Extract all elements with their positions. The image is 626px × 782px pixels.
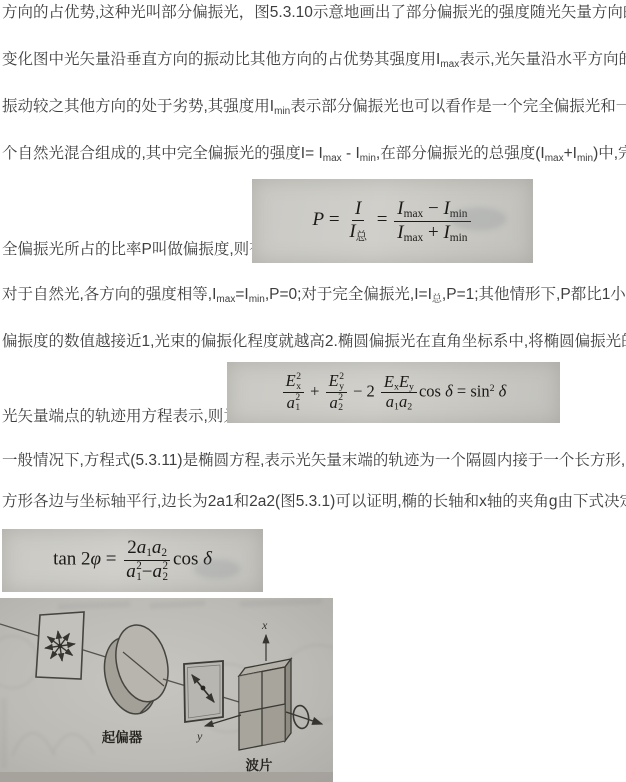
- paragraph-line: 变化图中光矢量沿垂直方向的振动比其他方向的占优势其强度用Imax表示,光矢量沿水…: [2, 50, 626, 70]
- figure-photo: x y 起偏器 波片: [0, 598, 333, 782]
- paragraph-line: 一般情况下,方程式(5.3.11)是椭圆方程,表示光矢量末端的轨迹为一个隔圆内接…: [2, 451, 626, 470]
- scan-ghost-mark: [449, 207, 507, 231]
- equation-formula: E2xa21 + E2ya22 − 2 ExEya1a2cos δ = sin2…: [281, 372, 507, 413]
- paragraph-line: 振动较之其他方向的处于劣势,其强度用Imin表示部分偏振光也可以看作是一个完全偏…: [2, 97, 626, 117]
- figure-optical-setup: x y 起偏器 波片: [0, 598, 333, 782]
- photo-bottom-band: [0, 772, 333, 782]
- paragraph-line: 光矢量端点的轨迹用方程表示,则为: [2, 407, 239, 426]
- equation-formula: tan 2φ = 2a1a2a21−a22cos δ: [53, 537, 212, 583]
- polarizer-label: 起偏器: [102, 729, 143, 745]
- scan-ghost-mark: [193, 559, 241, 579]
- paragraph-line: 全偏振光所占的比率P叫做偏振度,则有: [2, 240, 265, 259]
- natural-light-symbol: [36, 612, 84, 679]
- waveplate-box: [239, 659, 291, 750]
- ray-dot: [58, 644, 63, 649]
- paragraph-line: 对于自然光,各方向的强度相等,Imax=Imin,P=0;对于完全偏振光,I=I…: [2, 285, 626, 305]
- linear-polarized-plate: [184, 661, 223, 722]
- waveplate-label: 波片: [246, 757, 273, 773]
- paragraph-line: 方向的占优势,这种光叫部分偏振光，图5.3.10示意地画出了部分偏振光的强度随光…: [2, 3, 626, 22]
- page: { "document": { "lines": [ {"segments":[…: [0, 0, 626, 782]
- paragraph-line: 个自然光混合组成的,其中完全偏振光的强度I= Imax - Imin,在部分偏振…: [2, 144, 626, 164]
- equation-image-major-axis-angle: tan 2φ = 2a1a2a21−a22cos δ: [2, 529, 263, 592]
- paragraph-line: 偏振度的数值越接近1,光束的偏振化程度就越高2.椭圆偏振光在直角坐标系中,将椭圆…: [2, 332, 626, 351]
- paragraph-line: 方形各边与坐标轴平行,边长为2a1和2a2(图5.3.1)可以证明,椭的长轴和x…: [2, 492, 626, 511]
- equation-image-ellipse-equation: E2xa21 + E2ya22 − 2 ExEya1a2cos δ = sin2…: [227, 362, 560, 423]
- y-axis-label: y: [196, 729, 203, 743]
- ray-dot: [201, 686, 206, 691]
- x-axis-label: x: [261, 618, 268, 632]
- equation-image-polarization-degree: P = II总 = Imax − IminImax + Imin: [252, 179, 533, 263]
